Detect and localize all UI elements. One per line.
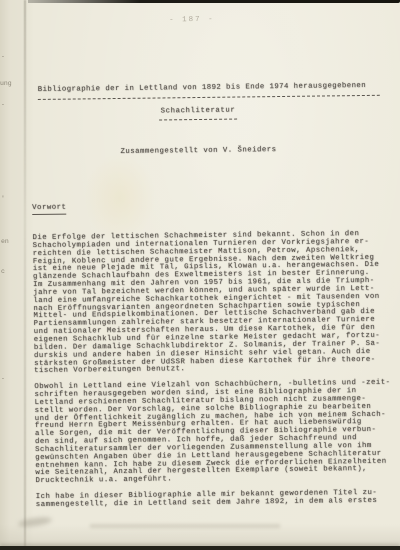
paragraph-3: Ich habe in dieser Bibliographie alle mi… bbox=[36, 490, 400, 510]
document-title-line2-text: Schachliteratur bbox=[159, 107, 238, 121]
paragraph-1: Die Erfolge der lettischen Schachmeister… bbox=[32, 231, 400, 377]
scanned-page: - ung - ' en c - - 187 - Bibliographie d… bbox=[0, 0, 400, 550]
section-heading-vorwort: Vorwort bbox=[32, 204, 66, 215]
document-title-line2: Schachliteratur bbox=[0, 105, 398, 123]
compiler-byline: Zusammengestellt von V. Šneiders bbox=[0, 145, 399, 158]
page-number: - 187 - bbox=[0, 14, 387, 27]
page-content: - 187 - Bibliographie der in Lettland vo… bbox=[0, 0, 400, 550]
document-title-line1: Bibliographie der in Lettland von 1892 b… bbox=[38, 82, 380, 100]
paragraph-2: Obwohl in Lettland eine Vielzahl von Sch… bbox=[34, 380, 400, 486]
body-text: Die Erfolge der lettischen Schachmeister… bbox=[32, 231, 400, 518]
